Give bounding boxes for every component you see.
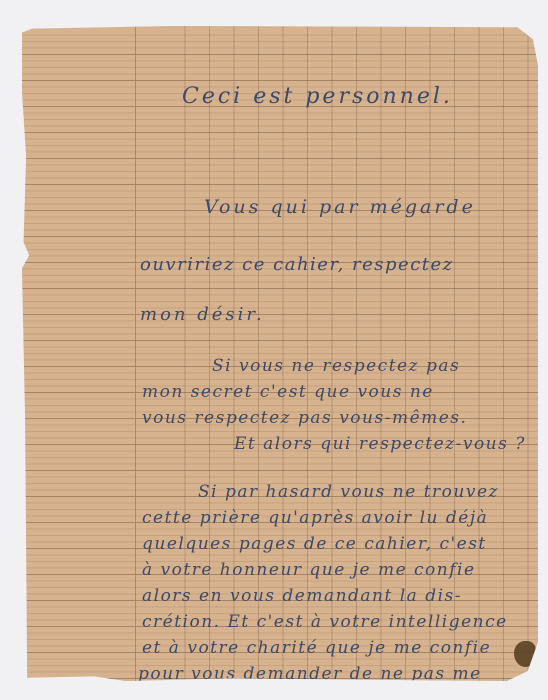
handwritten-line: mon désir.: [140, 304, 265, 325]
handwritten-line: Vous qui par mégarde: [204, 196, 476, 218]
handwritten-line: cette prière qu'après avoir lu déjà: [142, 508, 488, 528]
vertical-ruling: [161, 26, 538, 681]
handwritten-line: vous respectez pas vous-mêmes.: [142, 408, 467, 428]
handwritten-line: crétion. Et c'est à votre intelligence: [142, 612, 508, 632]
handwritten-line: mon secret c'est que vous ne: [142, 382, 434, 402]
handwritten-line: Si par hasard vous ne trouvez: [198, 482, 499, 502]
handwritten-line: Si vous ne respectez pas: [212, 356, 460, 376]
handwritten-line: à votre honneur que je me confie: [142, 560, 476, 580]
letter-title: Ceci est personnel.: [182, 84, 453, 109]
handwritten-line: et à votre charité que je me confie: [142, 638, 491, 658]
red-margin-line: [135, 26, 136, 681]
handwritten-line: pour vous demander de ne pas me: [138, 664, 482, 681]
handwritten-line: Et alors qui respectez-vous ?: [234, 434, 526, 454]
handwritten-line: alors en vous demandant la dis-: [142, 586, 462, 606]
ink-stain: [514, 641, 536, 667]
handwritten-line: ouvririez ce cahier, respectez: [140, 254, 454, 275]
notebook-page: Ceci est personnel. Vous qui par mégarde…: [22, 26, 538, 681]
handwritten-line: quelques pages de ce cahier, c'est: [142, 534, 487, 554]
